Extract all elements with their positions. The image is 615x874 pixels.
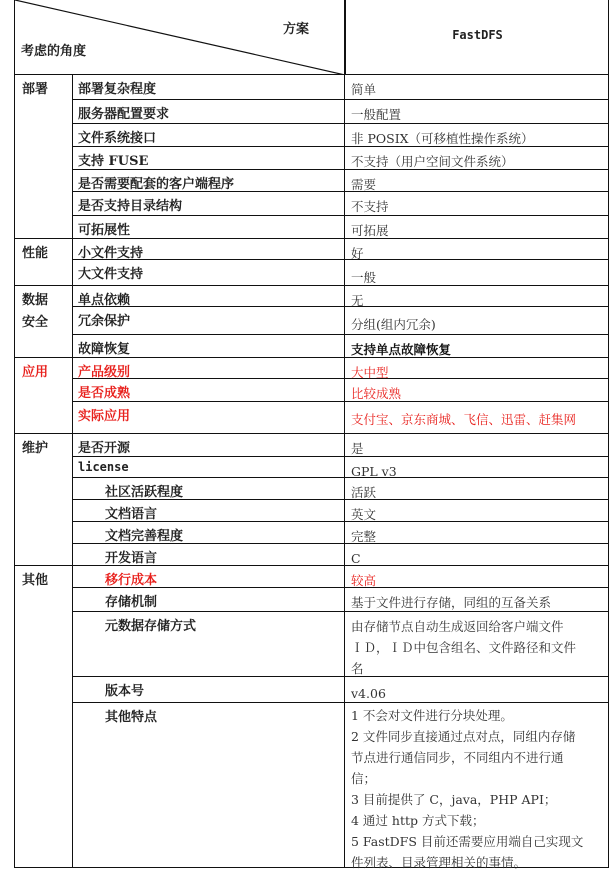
category-label-line1: 数据 (22, 290, 72, 312)
value-line: 名 (351, 658, 604, 679)
table-row: 社区活跃程度 活跃 (73, 478, 608, 500)
table-row: 小文件支持 好 (73, 239, 608, 260)
table-row: 是否成熟 比较成熟 (73, 379, 608, 402)
row-value: v4.06 (351, 677, 604, 704)
table-row: 大文件支持 一般 (73, 260, 608, 285)
row-key: 是否开源 (73, 434, 345, 456)
table-row: 文档完善程度 完整 (73, 522, 608, 544)
table-row: license GPL v3 (73, 457, 608, 478)
table-row: 其他特点 1 不会对文件进行分块处理。 2 文件同步直接通过点对点，同组内存储 … (73, 703, 608, 867)
row-value: 简单 (351, 75, 604, 100)
value-line: 2 文件同步直接通过点对点，同组内存储 (351, 726, 604, 747)
row-value: 可拓展 (351, 216, 604, 241)
row-value: 非 POSIX（可移植性操作系统） (351, 124, 604, 149)
table-row: 产品级别 大中型 (73, 358, 608, 379)
section-performance: 性能 小文件支持 好 大文件支持 一般 (14, 239, 609, 286)
table-row: 开发语言 C (73, 544, 608, 565)
row-key: 大文件支持 (73, 260, 345, 285)
table-row: 可拓展性 可拓展 (73, 216, 608, 238)
row-key: 存储机制 (73, 588, 345, 611)
row-key: 是否支持目录结构 (73, 192, 345, 215)
value-line: 件列表、目录管理相关的事情。 (351, 852, 604, 873)
row-value: 基于文件进行存储，同组的互备关系 (351, 588, 604, 613)
table-row: 支持 FUSE 不支持（用户空间文件系统） (73, 147, 608, 170)
value-line: 节点进行通信同步，不同组内不进行通 (351, 747, 604, 768)
corner-label-angle: 考虑的角度 (21, 40, 86, 59)
row-key: 可拓展性 (73, 216, 345, 238)
category-label: 性能 (15, 239, 73, 285)
table-row: 服务器配置要求 一般配置 (73, 100, 608, 124)
row-key: 单点依赖 (73, 286, 345, 306)
row-key: 服务器配置要求 (73, 100, 345, 123)
table-row: 是否支持目录结构 不支持 (73, 192, 608, 216)
section-data-security: 数据 安全 单点依赖 无 冗余保护 分组(组内冗余) 故障恢复 支持单点故障恢复 (14, 286, 609, 358)
row-key: 故障恢复 (73, 335, 345, 357)
category-label-line2: 安全 (22, 312, 72, 334)
category-label: 应用 (15, 358, 73, 433)
category-label: 其他 (15, 566, 73, 867)
row-key: 文档完善程度 (73, 522, 345, 543)
row-value-multiline: 1 不会对文件进行分块处理。 2 文件同步直接通过点对点，同组内存储 节点进行通… (351, 703, 604, 873)
table-row: 移行成本 较高 (73, 566, 608, 588)
row-key: 部署复杂程度 (73, 75, 345, 99)
solution-name: FastDFS (345, 28, 610, 42)
table-row: 元数据存储方式 由存储节点自动生成返回给客户端文件 ＩＤ，ＩＤ中包含组名、文件路… (73, 612, 608, 677)
table-header: 方案 考虑的角度 FastDFS (14, 0, 609, 75)
row-value: 分组(组内冗余) (351, 307, 604, 335)
row-value: 比较成熟 (351, 379, 604, 404)
row-key: 支持 FUSE (73, 147, 345, 169)
table-row: 文件系统接口 非 POSIX（可移植性操作系统） (73, 124, 608, 147)
table-row: 部署复杂程度 简单 (73, 75, 608, 100)
table-row: 是否需要配套的客户端程序 需要 (73, 170, 608, 192)
row-key: 文档语言 (73, 500, 345, 521)
row-key: 元数据存储方式 (73, 612, 345, 676)
value-line: 1 不会对文件进行分块处理。 (351, 705, 604, 726)
table-row: 版本号 v4.06 (73, 677, 608, 703)
row-key: license (73, 457, 345, 477)
table-row: 单点依赖 无 (73, 286, 608, 307)
value-line: 信； (351, 768, 604, 789)
row-value: 支付宝、京东商城、飞信、迅雷、赶集网 (351, 402, 604, 430)
category-label: 数据 安全 (15, 286, 73, 357)
section-other: 其他 移行成本 较高 存储机制 基于文件进行存储，同组的互备关系 元数据存储方式… (14, 566, 609, 868)
row-key: 版本号 (73, 677, 345, 702)
value-line: 5 FastDFS 目前还需要应用端自己实现文 (351, 831, 604, 852)
table-row: 冗余保护 分组(组内冗余) (73, 307, 608, 335)
row-key: 是否成熟 (73, 379, 345, 401)
row-value: 不支持 (351, 192, 604, 217)
row-key: 产品级别 (73, 358, 345, 378)
row-key: 是否需要配套的客户端程序 (73, 170, 345, 191)
value-line: ＩＤ，ＩＤ中包含组名、文件路径和文件 (351, 637, 604, 658)
row-key: 实际应用 (73, 402, 345, 433)
section-maintenance: 维护 是否开源 是 license GPL v3 社区活跃程度 活跃 文档语言 … (14, 434, 609, 566)
table-row: 实际应用 支付宝、京东商城、飞信、迅雷、赶集网 (73, 402, 608, 433)
row-value: 一般配置 (351, 100, 604, 125)
row-key: 冗余保护 (73, 307, 345, 334)
row-value: 一般 (351, 260, 604, 288)
row-key: 小文件支持 (73, 239, 345, 259)
value-line: 3 目前提供了 C，java，PHP API； (351, 789, 604, 810)
row-key: 其他特点 (73, 703, 345, 867)
category-label: 维护 (15, 434, 73, 565)
row-value-multiline: 由存储节点自动生成返回给客户端文件 ＩＤ，ＩＤ中包含组名、文件路径和文件 名 (351, 612, 604, 679)
row-value: 不支持（用户空间文件系统） (351, 147, 604, 172)
diagonal-divider (15, 0, 345, 75)
table-row: 是否开源 是 (73, 434, 608, 457)
value-line: 4 通过 http 方式下载； (351, 810, 604, 831)
row-value: 支持单点故障恢复 (351, 335, 604, 360)
table-row: 文档语言 英文 (73, 500, 608, 522)
value-line: 由存储节点自动生成返回给客户端文件 (351, 616, 604, 637)
row-value: 是 (351, 434, 604, 459)
row-key: 社区活跃程度 (73, 478, 345, 499)
row-key: 文件系统接口 (73, 124, 345, 146)
table-row: 存储机制 基于文件进行存储，同组的互备关系 (73, 588, 608, 612)
section-application: 应用 产品级别 大中型 是否成熟 比较成熟 实际应用 支付宝、京东商城、飞信、迅… (14, 358, 609, 434)
row-key: 开发语言 (73, 544, 345, 565)
section-deploy: 部署 部署复杂程度 简单 服务器配置要求 一般配置 文件系统接口 非 POSIX… (14, 75, 609, 239)
category-label: 部署 (15, 75, 73, 238)
row-key: 移行成本 (73, 566, 345, 587)
corner-label-solution: 方案 (283, 18, 309, 37)
table-row: 故障恢复 支持单点故障恢复 (73, 335, 608, 357)
